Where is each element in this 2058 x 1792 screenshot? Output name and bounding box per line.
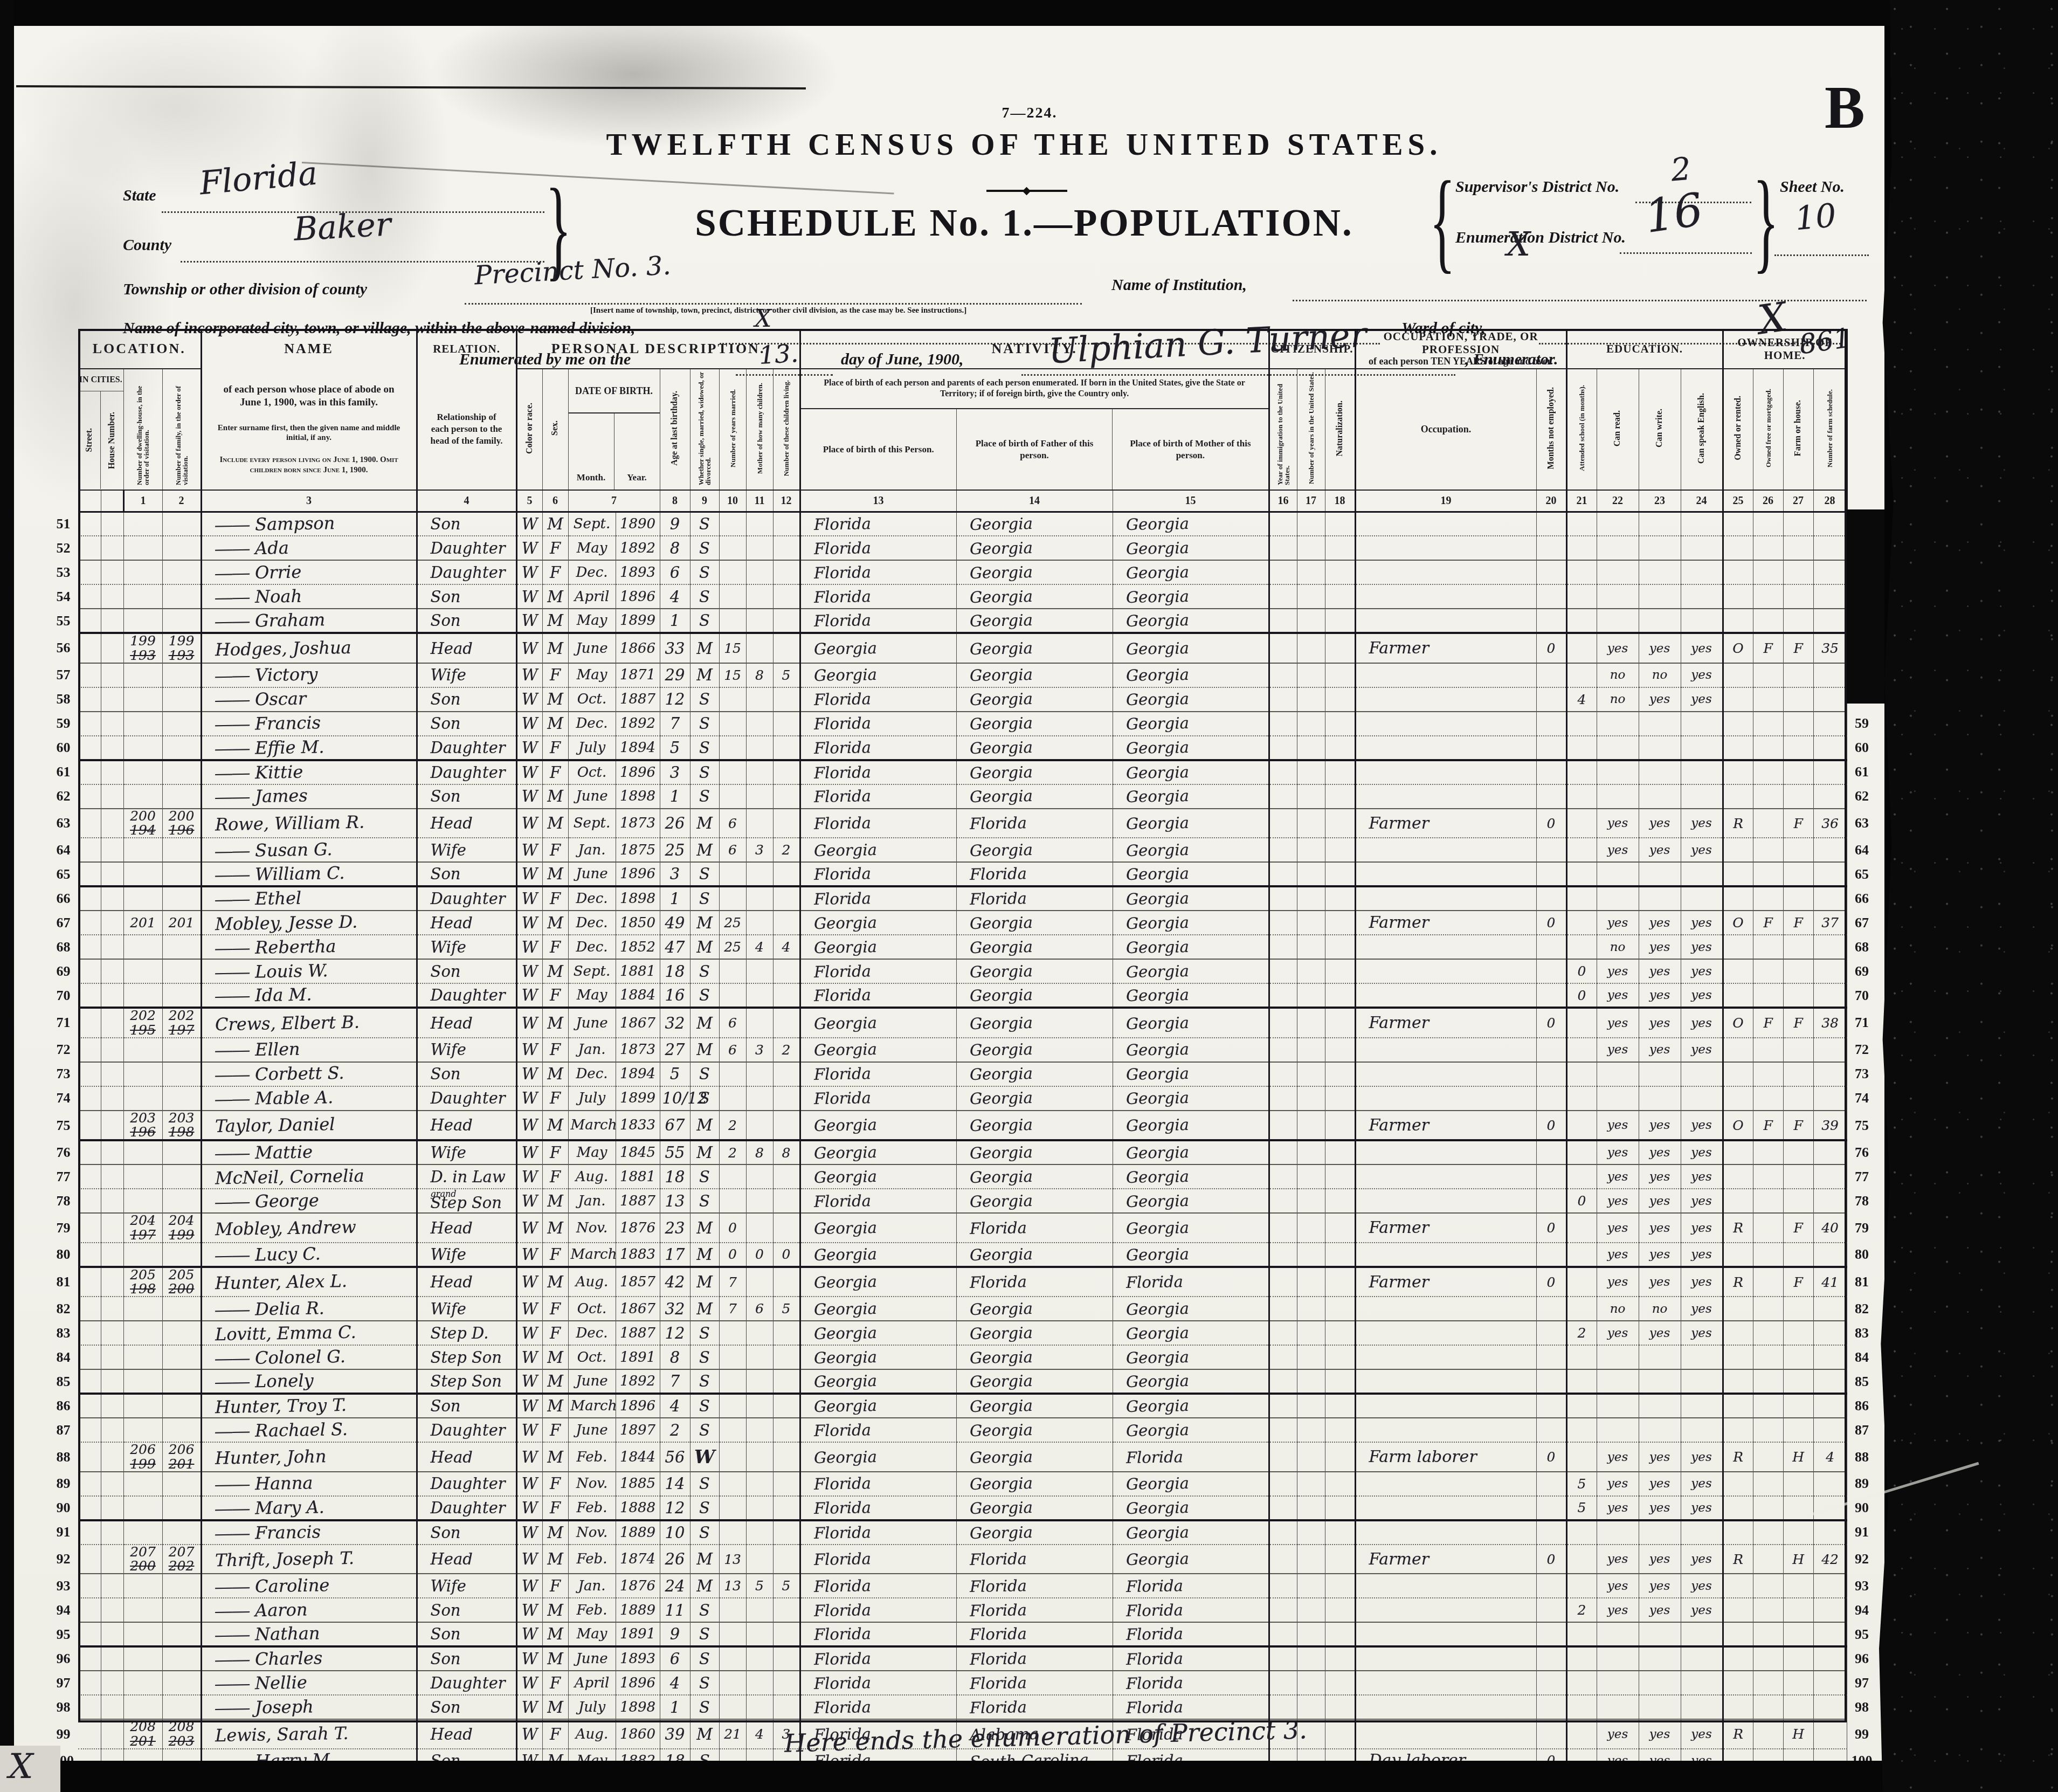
cell-mother-birthplace: Georgia bbox=[1113, 1111, 1269, 1141]
cell-marital-status: S bbox=[690, 687, 719, 712]
cell-years-married bbox=[719, 1062, 746, 1086]
cell-house-number bbox=[101, 1472, 123, 1496]
cell-years-married bbox=[719, 1472, 746, 1496]
cell-occupation: Farmer bbox=[1355, 1545, 1536, 1574]
cell-occupation bbox=[1355, 1671, 1536, 1695]
cell-can-read: yes bbox=[1597, 1140, 1639, 1164]
cell-age: 32 bbox=[660, 1008, 690, 1038]
cell-months-not-employed: 0 bbox=[1536, 1111, 1566, 1141]
cell-name: ―― Lonely bbox=[201, 1369, 417, 1394]
cell-house-number bbox=[101, 1140, 123, 1164]
cell-owned-or-rented bbox=[1723, 1695, 1753, 1719]
cell-farm-or-house bbox=[1783, 1243, 1813, 1267]
cell-relation: Head bbox=[417, 1111, 516, 1141]
cell-can-write bbox=[1639, 1646, 1681, 1671]
cell-years-in-us bbox=[1297, 1111, 1325, 1141]
cell-naturalization bbox=[1325, 1598, 1355, 1622]
cell-attended-school: 5 bbox=[1566, 1472, 1597, 1496]
cell-house-number bbox=[101, 736, 123, 760]
cell-family-number bbox=[162, 1520, 201, 1545]
cell-mother-of-children bbox=[746, 1520, 773, 1545]
census-row: 62―― JamesSonWMJune18981SFloridaGeorgiaG… bbox=[49, 784, 1876, 809]
cell-months-not-employed bbox=[1536, 663, 1566, 687]
cell-naturalization bbox=[1325, 584, 1355, 609]
cell-attended-school bbox=[1566, 560, 1597, 584]
cell-naturalization bbox=[1325, 1062, 1355, 1086]
cell-father-birthplace: Georgia bbox=[956, 784, 1113, 809]
cell-naturalization bbox=[1325, 1671, 1355, 1695]
cell-months-not-employed: 0 bbox=[1536, 1267, 1566, 1297]
cell-birth-year: 1898 bbox=[616, 784, 660, 809]
cell-years-married bbox=[719, 1520, 746, 1545]
cell-can-read bbox=[1597, 1369, 1639, 1394]
cell-name: ―― Francis bbox=[201, 1520, 417, 1545]
cell-attended-school bbox=[1566, 1164, 1597, 1189]
cell-owned-or-rented bbox=[1723, 1574, 1753, 1598]
cell-owned-or-rented bbox=[1723, 1472, 1753, 1496]
cell-months-not-employed bbox=[1536, 1671, 1566, 1695]
cell-name: ―― Hanna bbox=[201, 1472, 417, 1496]
cell-family-number bbox=[162, 663, 201, 687]
cell-children-living: 8 bbox=[773, 1140, 800, 1164]
cell-can-read bbox=[1597, 1345, 1639, 1369]
cell-farm-schedule bbox=[1813, 1243, 1847, 1267]
cell-years-married bbox=[719, 736, 746, 760]
col-header-can-write: Can write. bbox=[1639, 369, 1681, 490]
cell-months-not-employed bbox=[1536, 1189, 1566, 1213]
cell-immigration-year bbox=[1269, 862, 1297, 886]
cell-sex: M bbox=[542, 1695, 568, 1719]
cell-farm-or-house: H bbox=[1783, 1719, 1813, 1749]
cell-farm-or-house bbox=[1783, 712, 1813, 736]
cell-can-write: yes bbox=[1639, 959, 1681, 983]
line-number-left: 60 bbox=[49, 736, 78, 760]
cell-naturalization bbox=[1325, 663, 1355, 687]
cell-mother-birthplace: Georgia bbox=[1113, 687, 1269, 712]
cell-house-number bbox=[101, 1164, 123, 1189]
cell-father-birthplace: Florida bbox=[956, 809, 1113, 838]
cell-age: 49 bbox=[660, 911, 690, 935]
cell-birth-month: Sept. bbox=[568, 959, 616, 983]
cell-dwelling-number bbox=[123, 1496, 162, 1520]
cell-relation: grandStep Son bbox=[417, 1189, 516, 1213]
census-scan-page: 7—224. TWELFTH CENSUS OF THE UNITED STAT… bbox=[0, 0, 2058, 1792]
cell-attended-school: 4 bbox=[1566, 687, 1597, 712]
cell-color: W bbox=[516, 1719, 542, 1749]
cell-birth-year: 1833 bbox=[616, 1111, 660, 1141]
cell-can-read: yes bbox=[1597, 1189, 1639, 1213]
cell-free-or-mortgaged bbox=[1753, 1545, 1783, 1574]
cell-occupation bbox=[1355, 1243, 1536, 1267]
cell-mother-of-children bbox=[746, 1369, 773, 1394]
cell-years-married bbox=[719, 886, 746, 911]
cell-family-number: 208203 bbox=[162, 1719, 201, 1749]
census-row: 85―― LonelyStep SonWMJune18927SGeorgiaGe… bbox=[49, 1369, 1876, 1394]
cell-color: W bbox=[516, 1369, 542, 1394]
cell-color: W bbox=[516, 687, 542, 712]
census-row: 71202195202197Crews, Elbert B.HeadWMJune… bbox=[49, 1008, 1876, 1038]
cell-color: W bbox=[516, 1086, 542, 1111]
cell-can-read: no bbox=[1597, 663, 1639, 687]
cell-years-in-us bbox=[1297, 1189, 1325, 1213]
cell-birth-year: 1883 bbox=[616, 1243, 660, 1267]
cell-birthplace: Florida bbox=[800, 584, 956, 609]
cell-mother-birthplace: Georgia bbox=[1113, 1189, 1269, 1213]
cell-immigration-year bbox=[1269, 784, 1297, 809]
col-header-farm-house: Farm or house. bbox=[1783, 369, 1813, 490]
cell-years-married: 13 bbox=[719, 1574, 746, 1598]
cell-name: ―― Rachael S. bbox=[201, 1418, 417, 1442]
cell-can-read bbox=[1597, 1086, 1639, 1111]
cell-sex: F bbox=[542, 1140, 568, 1164]
cell-farm-or-house bbox=[1783, 1622, 1813, 1646]
cell-street bbox=[78, 1472, 101, 1496]
cell-birth-month: May bbox=[568, 1622, 616, 1646]
cell-sex: M bbox=[542, 1062, 568, 1086]
cell-can-read bbox=[1597, 1671, 1639, 1695]
cell-birth-year: 1871 bbox=[616, 663, 660, 687]
cell-father-birthplace: Florida bbox=[956, 1545, 1113, 1574]
cell-family-number: 205200 bbox=[162, 1267, 201, 1297]
cell-father-birthplace: Georgia bbox=[956, 1243, 1113, 1267]
cell-months-not-employed bbox=[1536, 560, 1566, 584]
in-cities-label: IN CITIES. bbox=[78, 369, 123, 391]
cell-name: ―― Mattie bbox=[201, 1140, 417, 1164]
col-header-years-in-us: Number of years in the United States. bbox=[1297, 369, 1325, 490]
cell-color: W bbox=[516, 1267, 542, 1297]
cell-can-speak-english: yes bbox=[1681, 1719, 1723, 1749]
line-number-left: 51 bbox=[49, 512, 78, 536]
cell-relation: Step D. bbox=[417, 1321, 516, 1345]
cell-name: McNeil, Cornelia bbox=[201, 1164, 417, 1189]
cell-age: 32 bbox=[660, 1297, 690, 1321]
cell-children-living: 2 bbox=[773, 838, 800, 862]
cell-name: ―― Victory bbox=[201, 663, 417, 687]
cell-children-living bbox=[773, 809, 800, 838]
cell-marital-status: M bbox=[690, 1008, 719, 1038]
cell-years-married bbox=[719, 1345, 746, 1369]
line-number-left: 90 bbox=[49, 1496, 78, 1520]
cell-mother-of-children bbox=[746, 1442, 773, 1472]
cell-can-read: yes bbox=[1597, 1267, 1639, 1297]
cell-family-number bbox=[162, 935, 201, 959]
cell-house-number bbox=[101, 512, 123, 536]
cell-farm-or-house bbox=[1783, 784, 1813, 809]
census-row: 98―― JosephSonWMJuly18981SFloridaFlorida… bbox=[49, 1695, 1876, 1719]
cell-occupation: Farm laborer bbox=[1355, 1442, 1536, 1472]
cell-immigration-year bbox=[1269, 1520, 1297, 1545]
cell-can-read: yes bbox=[1597, 1111, 1639, 1141]
cell-farm-schedule bbox=[1813, 1062, 1847, 1086]
cell-children-living bbox=[773, 760, 800, 784]
cell-months-not-employed bbox=[1536, 862, 1566, 886]
cell-birth-year: 1881 bbox=[616, 959, 660, 983]
cell-street bbox=[78, 1062, 101, 1086]
cell-mother-birthplace: Georgia bbox=[1113, 1140, 1269, 1164]
cell-marital-status: S bbox=[690, 1646, 719, 1671]
cell-years-married bbox=[719, 1671, 746, 1695]
cell-dwelling-number: 208201 bbox=[123, 1719, 162, 1749]
cell-street bbox=[78, 560, 101, 584]
cell-mother-birthplace: Florida bbox=[1113, 1267, 1269, 1297]
cell-mother-birthplace: Georgia bbox=[1113, 959, 1269, 983]
line-number-right: 61 bbox=[1847, 760, 1876, 784]
cell-age: 7 bbox=[660, 712, 690, 736]
cell-birthplace: Florida bbox=[800, 1695, 956, 1719]
state-label: State bbox=[123, 187, 156, 205]
cell-children-living bbox=[773, 1111, 800, 1141]
cell-relation: Daughter bbox=[417, 1472, 516, 1496]
cell-mother-of-children bbox=[746, 633, 773, 663]
cell-farm-or-house bbox=[1783, 959, 1813, 983]
cell-can-write bbox=[1639, 1369, 1681, 1394]
cell-occupation bbox=[1355, 1646, 1536, 1671]
cell-children-living bbox=[773, 1345, 800, 1369]
cell-attended-school bbox=[1566, 911, 1597, 935]
cell-naturalization bbox=[1325, 1345, 1355, 1369]
cell-street bbox=[78, 1671, 101, 1695]
cell-owned-or-rented bbox=[1723, 1622, 1753, 1646]
cell-family-number: 206201 bbox=[162, 1442, 201, 1472]
cell-months-not-employed bbox=[1536, 1598, 1566, 1622]
cell-owned-or-rented bbox=[1723, 712, 1753, 736]
cell-can-read bbox=[1597, 862, 1639, 886]
group-location: LOCATION. bbox=[78, 329, 201, 369]
cell-father-birthplace: Georgia bbox=[956, 959, 1113, 983]
cell-marital-status: S bbox=[690, 1598, 719, 1622]
cell-free-or-mortgaged bbox=[1753, 1243, 1783, 1267]
cell-naturalization bbox=[1325, 1111, 1355, 1141]
col-header-relation: Relationship of each person to the head … bbox=[417, 369, 516, 490]
cell-house-number bbox=[101, 1086, 123, 1111]
cell-sex: M bbox=[542, 1008, 568, 1038]
cell-immigration-year bbox=[1269, 1418, 1297, 1442]
cell-dwelling-number bbox=[123, 1472, 162, 1496]
cell-can-write bbox=[1639, 760, 1681, 784]
line-number-right: 86 bbox=[1847, 1394, 1876, 1418]
line-number-left: 72 bbox=[49, 1038, 78, 1062]
cell-attended-school bbox=[1566, 1140, 1597, 1164]
cell-birth-year: 1892 bbox=[616, 712, 660, 736]
cell-relation: Son bbox=[417, 1695, 516, 1719]
cell-dwelling-number bbox=[123, 1394, 162, 1418]
cell-mother-of-children: 6 bbox=[746, 1297, 773, 1321]
cell-dwelling-number bbox=[123, 1321, 162, 1345]
cell-farm-schedule bbox=[1813, 609, 1847, 633]
cell-marital-status: S bbox=[690, 784, 719, 809]
name-desc-1: of each person whose place of abode on J… bbox=[217, 383, 401, 409]
cell-age: 5 bbox=[660, 1062, 690, 1086]
cell-relation: Head bbox=[417, 1008, 516, 1038]
line-number-left: 78 bbox=[49, 1189, 78, 1213]
cell-color: W bbox=[516, 1472, 542, 1496]
sheet-value: 10 bbox=[1793, 197, 1838, 238]
cell-marital-status: M bbox=[690, 809, 719, 838]
cell-can-speak-english bbox=[1681, 1394, 1723, 1418]
cell-can-speak-english bbox=[1681, 1520, 1723, 1545]
cell-occupation bbox=[1355, 1598, 1536, 1622]
cell-sex: M bbox=[542, 1646, 568, 1671]
col-header-naturalization: Naturalization. bbox=[1325, 369, 1355, 490]
cell-marital-status: S bbox=[690, 584, 719, 609]
cell-house-number bbox=[101, 1598, 123, 1622]
cell-can-speak-english: yes bbox=[1681, 911, 1723, 935]
cell-family-number bbox=[162, 560, 201, 584]
cell-can-read bbox=[1597, 1062, 1639, 1086]
cell-children-living bbox=[773, 886, 800, 911]
cell-dwelling-number bbox=[123, 712, 162, 736]
cell-dwelling-number bbox=[123, 1520, 162, 1545]
cell-marital-status: S bbox=[690, 1062, 719, 1086]
cell-color: W bbox=[516, 1345, 542, 1369]
cell-father-birthplace: Florida bbox=[956, 1213, 1113, 1243]
cell-owned-or-rented: R bbox=[1723, 1719, 1753, 1749]
line-number-right: 59 bbox=[1847, 712, 1876, 736]
cell-naturalization bbox=[1325, 1267, 1355, 1297]
cell-naturalization bbox=[1325, 1086, 1355, 1111]
cell-mother-birthplace: Florida bbox=[1113, 1598, 1269, 1622]
cell-can-speak-english bbox=[1681, 1345, 1723, 1369]
line-number-left: 61 bbox=[49, 760, 78, 784]
cell-can-read: yes bbox=[1597, 959, 1639, 983]
population-schedule-table: LOCATION. NAME RELATION. PERSONAL DESCRI… bbox=[49, 329, 1876, 1774]
line-number-right: 73 bbox=[1847, 1062, 1876, 1086]
cell-house-number bbox=[101, 1213, 123, 1243]
cell-farm-schedule bbox=[1813, 663, 1847, 687]
cell-street bbox=[78, 1622, 101, 1646]
cell-mother-of-children bbox=[746, 1164, 773, 1189]
cell-relation: Head bbox=[417, 911, 516, 935]
cell-color: W bbox=[516, 1008, 542, 1038]
cell-can-speak-english: yes bbox=[1681, 1243, 1723, 1267]
cell-children-living bbox=[773, 609, 800, 633]
cell-birth-month: July bbox=[568, 736, 616, 760]
cell-years-married bbox=[719, 1394, 746, 1418]
cell-can-read: yes bbox=[1597, 1321, 1639, 1345]
cell-attended-school bbox=[1566, 1418, 1597, 1442]
cell-dwelling-number bbox=[123, 687, 162, 712]
cell-can-speak-english: yes bbox=[1681, 1189, 1723, 1213]
cell-attended-school bbox=[1566, 1695, 1597, 1719]
col-header-pob-mother: Place of birth of Mother of this person. bbox=[1112, 409, 1268, 490]
cell-age: 42 bbox=[660, 1267, 690, 1297]
cell-birth-month: June bbox=[568, 1008, 616, 1038]
cell-free-or-mortgaged bbox=[1753, 1062, 1783, 1086]
cell-birth-year: 1897 bbox=[616, 1418, 660, 1442]
cell-occupation bbox=[1355, 1038, 1536, 1062]
col-header-months-not-employed: Months not employed. bbox=[1536, 369, 1566, 490]
cell-owned-or-rented bbox=[1723, 1189, 1753, 1213]
cell-family-number bbox=[162, 1086, 201, 1111]
line-number-left: 91 bbox=[49, 1520, 78, 1545]
cell-color: W bbox=[516, 1164, 542, 1189]
cell-relation: Son bbox=[417, 1394, 516, 1418]
cell-street bbox=[78, 1189, 101, 1213]
cell-sex: M bbox=[542, 784, 568, 809]
cell-years-in-us bbox=[1297, 1671, 1325, 1695]
cell-birthplace: Georgia bbox=[800, 1321, 956, 1345]
cell-naturalization bbox=[1325, 1213, 1355, 1243]
line-number-left: 53 bbox=[49, 560, 78, 584]
cell-birth-year: 1881 bbox=[616, 1164, 660, 1189]
cell-mother-birthplace: Georgia bbox=[1113, 1369, 1269, 1394]
cell-can-write: yes bbox=[1639, 1719, 1681, 1749]
cell-farm-schedule bbox=[1813, 784, 1847, 809]
cell-marital-status: S bbox=[690, 712, 719, 736]
cell-free-or-mortgaged bbox=[1753, 838, 1783, 862]
cell-children-living bbox=[773, 959, 800, 983]
cell-farm-schedule bbox=[1813, 1297, 1847, 1321]
cell-farm-or-house: F bbox=[1783, 1111, 1813, 1141]
cell-birthplace: Florida bbox=[800, 536, 956, 560]
cell-attended-school bbox=[1566, 1213, 1597, 1243]
cell-color: W bbox=[516, 862, 542, 886]
cell-relation: D. in Law bbox=[417, 1164, 516, 1189]
cell-mother-birthplace: Florida bbox=[1113, 1646, 1269, 1671]
cell-marital-status: M bbox=[690, 1267, 719, 1297]
cell-years-in-us bbox=[1297, 1038, 1325, 1062]
cell-naturalization bbox=[1325, 1574, 1355, 1598]
col-header-attended-school: Attended school (in months). bbox=[1566, 369, 1597, 490]
census-row: 53―― OrrieDaughterWFDec.18936SFloridaGeo… bbox=[49, 560, 1876, 584]
cell-father-birthplace: Georgia bbox=[956, 1394, 1113, 1418]
cell-free-or-mortgaged bbox=[1753, 609, 1783, 633]
cell-birth-month: Dec. bbox=[568, 1321, 616, 1345]
cell-years-married bbox=[719, 1442, 746, 1472]
cell-years-married: 13 bbox=[719, 1545, 746, 1574]
cell-free-or-mortgaged bbox=[1753, 1574, 1783, 1598]
cell-months-not-employed bbox=[1536, 1038, 1566, 1062]
cell-birth-year: 1896 bbox=[616, 584, 660, 609]
cell-years-in-us bbox=[1297, 1086, 1325, 1111]
cell-birth-month: Dec. bbox=[568, 935, 616, 959]
cell-house-number bbox=[101, 560, 123, 584]
line-number-left: 88 bbox=[49, 1442, 78, 1472]
cell-marital-status: S bbox=[690, 1622, 719, 1646]
cell-house-number bbox=[101, 609, 123, 633]
cell-mother-of-children bbox=[746, 1213, 773, 1243]
cell-children-living bbox=[773, 1671, 800, 1695]
cell-years-in-us bbox=[1297, 1646, 1325, 1671]
census-row: 97―― NellieDaughterWFApril18964SFloridaF… bbox=[49, 1671, 1876, 1695]
cell-marital-status: W bbox=[690, 1442, 719, 1472]
cell-free-or-mortgaged bbox=[1753, 983, 1783, 1008]
cell-occupation bbox=[1355, 1520, 1536, 1545]
col-header-dwelling: Number of dwelling-house, in the order o… bbox=[123, 369, 162, 490]
cell-birth-year: 1873 bbox=[616, 809, 660, 838]
cell-street bbox=[78, 838, 101, 862]
cell-years-in-us bbox=[1297, 1267, 1325, 1297]
cell-children-living bbox=[773, 1545, 800, 1574]
cell-children-living bbox=[773, 560, 800, 584]
cell-name: ―― Mable A. bbox=[201, 1086, 417, 1111]
cell-attended-school bbox=[1566, 1442, 1597, 1472]
cell-can-speak-english: yes bbox=[1681, 1598, 1723, 1622]
cell-farm-or-house bbox=[1783, 1086, 1813, 1111]
group-citizenship: CITIZENSHIP. bbox=[1269, 329, 1355, 369]
cell-years-in-us bbox=[1297, 1243, 1325, 1267]
cell-mother-of-children bbox=[746, 536, 773, 560]
cell-relation: Wife bbox=[417, 1297, 516, 1321]
margin-x-mark: X bbox=[9, 1747, 33, 1787]
cell-attended-school bbox=[1566, 809, 1597, 838]
cell-father-birthplace: Georgia bbox=[956, 1472, 1113, 1496]
cell-can-speak-english: yes bbox=[1681, 1472, 1723, 1496]
cell-birthplace: Georgia bbox=[800, 1140, 956, 1164]
cell-marital-status: M bbox=[690, 1111, 719, 1141]
cell-farm-schedule bbox=[1813, 512, 1847, 536]
cell-naturalization bbox=[1325, 687, 1355, 712]
